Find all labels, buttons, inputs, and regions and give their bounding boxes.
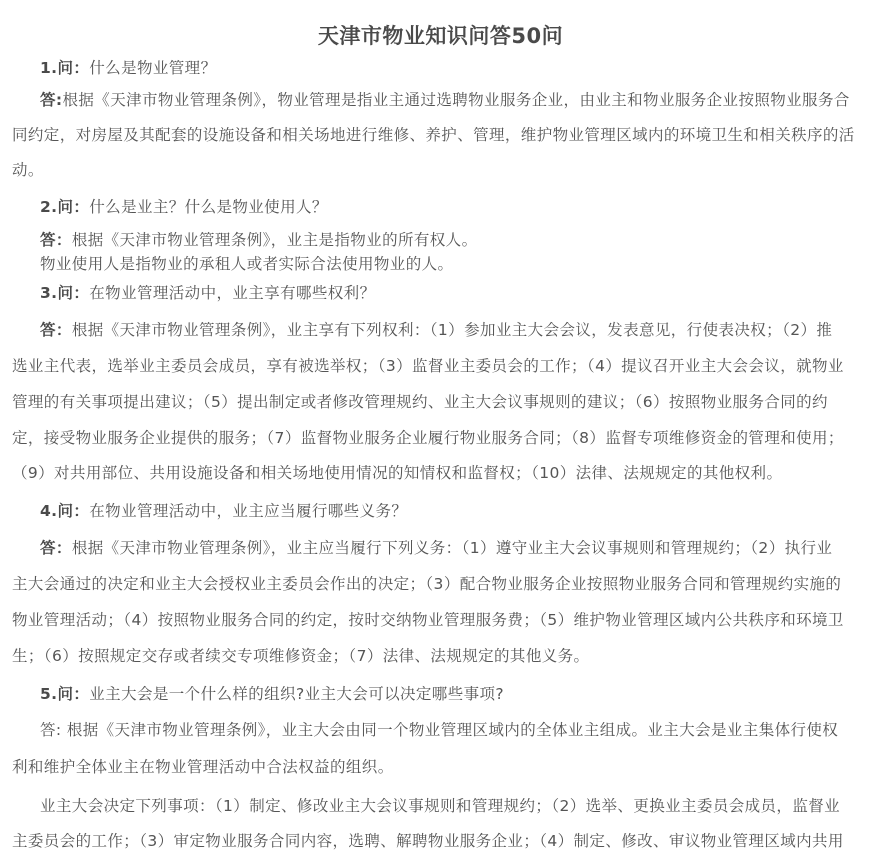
answer-label: 答：	[40, 231, 72, 249]
question-label: 1.问：	[40, 59, 89, 77]
answer-label: 答:	[40, 721, 62, 739]
answer-3-line-2: 选业主代表，选举业主委员会成员，享有被选举权；（3）监督业主委员会的工作；（4）…	[12, 354, 844, 376]
answer-label: 答：	[40, 539, 72, 557]
answer-3-line-3: 管理的有关事项提出建议；（5）提出制定或者修改管理规约、业主大会议事规则的建议；…	[12, 390, 828, 412]
question-label: 3.问：	[40, 284, 89, 302]
answer-1-line-1: 答:根据《天津市物业管理条例》，物业管理是指业主通过选聘物业服务企业，由业主和物…	[40, 88, 850, 110]
question-1: 1.问：什么是物业管理？	[40, 56, 216, 78]
answer-text: 根据《天津市物业管理条例》，物业管理是指业主通过选聘物业服务企业，由业主和物业服…	[63, 91, 850, 109]
question-3: 3.问：在物业管理活动中，业主享有哪些权利？	[40, 281, 375, 303]
answer-5b-line-1: 业主大会决定下列事项：（1）制定、修改业主大会议事规则和管理规约；（2）选举、更…	[40, 794, 840, 816]
answer-3-line-1: 答：根据《天津市物业管理条例》，业主享有下列权利：（1）参加业主大会会议，发表意…	[40, 318, 832, 340]
document-title: 天津市物业知识问答50问	[0, 20, 881, 50]
question-5: 5.问：业主大会是一个什么样的组织?业主大会可以决定哪些事项?	[40, 682, 504, 704]
answer-5b-line-2: 主委员会的工作；（3）审定物业服务合同内容，选聘、解聘物业服务企业；（4）制定、…	[12, 829, 844, 851]
question-label: 5.问：	[40, 685, 89, 703]
question-4: 4.问：在物业管理活动中，业主应当履行哪些义务？	[40, 499, 407, 521]
answer-text: 根据《天津市物业管理条例》，业主享有下列权利：（1）参加业主大会会议，发表意见，…	[72, 321, 832, 339]
answer-label: 答:	[40, 91, 63, 109]
answer-text: 根据《天津市物业管理条例》，业主大会由同一个物业管理区域内的全体业主组成。业主大…	[62, 721, 839, 739]
question-text: 在物业管理活动中，业主享有哪些权利？	[89, 284, 375, 302]
answer-4-line-2: 主大会通过的决定和业主大会授权业主委员会作出的决定；（3）配合物业服务企业按照物…	[12, 572, 841, 594]
question-text: 什么是业主？什么是物业使用人？	[89, 198, 328, 216]
answer-3-line-4: 定，接受物业服务企业提供的服务；（7）监督物业服务企业履行物业服务合同；（8）监…	[12, 426, 844, 448]
answer-3-line-5: （9）对共用部位、共用设施设备和相关场地使用情况的知情权和监督权；（10）法律、…	[12, 461, 782, 483]
question-text: 什么是物业管理？	[89, 59, 216, 77]
answer-1-line-3: 动。	[12, 158, 44, 180]
answer-5-line-2: 利和维护全体业主在物业管理活动中合法权益的组织。	[12, 755, 394, 777]
question-2: 2.问：什么是业主？什么是物业使用人？	[40, 195, 328, 217]
answer-2-line-1: 答：根据《天津市物业管理条例》，业主是指物业的所有权人。	[40, 228, 477, 250]
answer-4-line-4: 生；（6）按照规定交存或者续交专项维修资金；（7）法律、法规规定的其他义务。	[12, 644, 589, 666]
question-text: 业主大会是一个什么样的组织?业主大会可以决定哪些事项?	[89, 685, 504, 703]
answer-1-line-2: 同约定，对房屋及其配套的设施设备和相关场地进行维修、养护、管理，维护物业管理区域…	[12, 123, 855, 145]
answer-label: 答：	[40, 321, 72, 339]
answer-2-line-2: 物业使用人是指物业的承租人或者实际合法使用物业的人。	[40, 252, 453, 274]
question-label: 4.问：	[40, 502, 89, 520]
question-text: 在物业管理活动中，业主应当履行哪些义务？	[89, 502, 407, 520]
answer-4-line-3: 物业管理活动；（4）按照物业服务合同的约定，按时交纳物业管理服务费；（5）维护物…	[12, 608, 844, 630]
answer-text: 根据《天津市物业管理条例》，业主是指物业的所有权人。	[72, 231, 478, 249]
question-label: 2.问：	[40, 198, 89, 216]
answer-5-line-1: 答: 根据《天津市物业管理条例》，业主大会由同一个物业管理区域内的全体业主组成。…	[40, 718, 838, 740]
answer-4-line-1: 答：根据《天津市物业管理条例》，业主应当履行下列义务：（1）遵守业主大会议事规则…	[40, 536, 832, 558]
document-page: 天津市物业知识问答50问 1.问：什么是物业管理？ 答:根据《天津市物业管理条例…	[0, 0, 881, 851]
answer-text: 根据《天津市物业管理条例》，业主应当履行下列义务：（1）遵守业主大会议事规则和管…	[72, 539, 832, 557]
